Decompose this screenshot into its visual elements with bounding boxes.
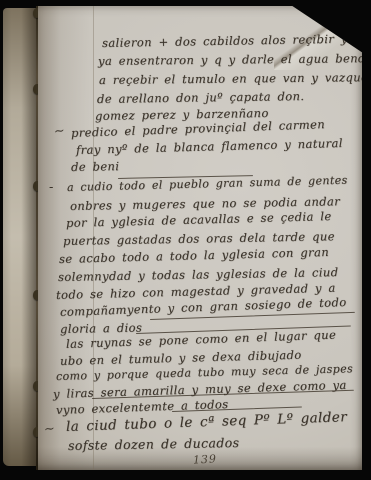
handwritten-line: gloria a dios <box>60 321 142 336</box>
facing-page-edge <box>3 8 36 466</box>
manuscript-scan: ~ - ~ salieron + dos cabildos alos reçib… <box>0 0 371 480</box>
page-number: 139 <box>193 452 218 466</box>
paragraph-mark: ~ <box>53 123 66 139</box>
handwritten-line: de beni <box>71 159 120 174</box>
manuscript-page: ~ - ~ salieron + dos cabildos alos reçib… <box>38 6 362 470</box>
paragraph-mark: ~ <box>43 421 55 437</box>
handwritten-line: se acabo todo a todo la yglesia con gran <box>59 245 329 266</box>
handwritten-line: de arellano don juº çapata don. <box>97 89 305 106</box>
handwritten-line: fray nyº de la blanca flamenco y natural <box>76 136 343 157</box>
handwritten-line: sofste dozen de ducados <box>68 435 240 453</box>
paragraph-mark: - <box>49 180 53 195</box>
handwritten-line: a reçebir el tumulo en que van y vazquez <box>99 70 371 87</box>
handwritten-line: ya ensentraron y q y darle el agua bendi… <box>98 51 371 68</box>
